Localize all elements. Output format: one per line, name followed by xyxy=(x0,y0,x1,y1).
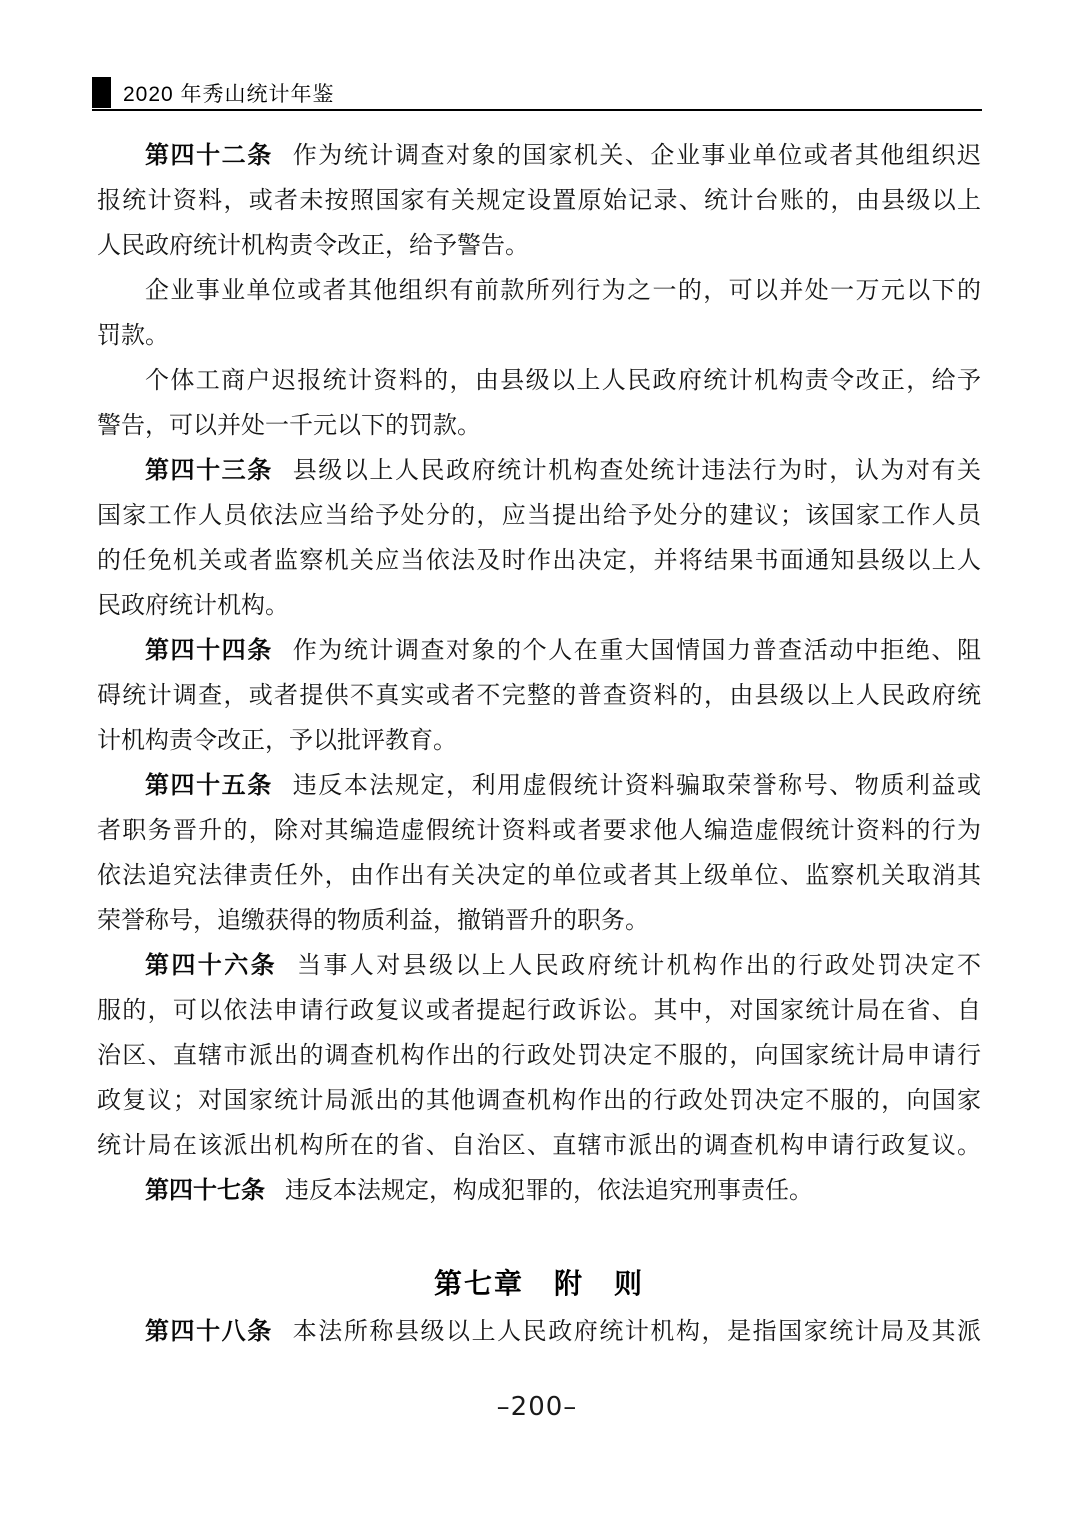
article-number: 第四十二条 xyxy=(145,143,273,169)
article-number: 第四十三条 xyxy=(145,458,273,484)
line-text: 本法所称县级以上人民政府统计机构，是指国家统计局及其派 xyxy=(293,1319,981,1345)
text-line: 民政府统计机构。 xyxy=(97,584,981,629)
header-square-marker xyxy=(92,77,111,108)
article-number: 第四十六条 xyxy=(145,953,277,979)
text-line: 第四十七条违反本法规定，构成犯罪的，依法追究刑事责任。 xyxy=(97,1169,981,1214)
text-line: 人民政府统计机构责令改正，给予警告。 xyxy=(97,224,981,269)
text-line: 第四十四条作为统计调查对象的个人在重大国情国力普查活动中拒绝、阻 xyxy=(97,629,981,674)
header-title: 2020 年秀山统计年鉴 xyxy=(123,78,335,108)
text-line: 的任免机关或者监察机关应当依法及时作出决定，并将结果书面通知县级以上人 xyxy=(97,539,981,584)
article-number: 第四十四条 xyxy=(145,638,273,664)
article-42-paragraph-3: 个体工商户迟报统计资料的，由县级以上人民政府统计机构责令改正，给予 警告，可以并… xyxy=(97,359,981,449)
line-text: 违反本法规定，利用虚假统计资料骗取荣誉称号、物质利益或 xyxy=(293,773,981,799)
page-footer: –200– xyxy=(0,1392,1074,1422)
text-line: 者职务晋升的，除对其编造虚假统计资料或者要求他人编造虚假统计资料的行为 xyxy=(97,809,981,854)
article-42-paragraph-1: 第四十二条作为统计调查对象的国家机关、企业事业单位或者其他组织迟 报统计资料，或… xyxy=(97,134,981,269)
text-line: 罚款。 xyxy=(97,314,981,359)
line-text: 违反本法规定，构成犯罪的，依法追究刑事责任。 xyxy=(285,1178,813,1204)
text-line: 警告，可以并处一千元以下的罚款。 xyxy=(97,404,981,449)
text-line: 国家工作人员依法应当给予处分的，应当提出给予处分的建议；该国家工作人员 xyxy=(97,494,981,539)
text-line: 服的，可以依法申请行政复议或者提起行政诉讼。其中，对国家统计局在省、自 xyxy=(97,989,981,1034)
article-44-paragraph: 第四十四条作为统计调查对象的个人在重大国情国力普查活动中拒绝、阻 碍统计调查，或… xyxy=(97,629,981,764)
line-text: 当事人对县级以上人民政府统计机构作出的行政处罚决定不 xyxy=(297,953,981,979)
article-number: 第四十七条 xyxy=(145,1178,265,1204)
page-header: 2020 年秀山统计年鉴 xyxy=(92,77,335,108)
yearbook-page: 2020 年秀山统计年鉴 第四十二条作为统计调查对象的国家机关、企业事业单位或者… xyxy=(0,0,1074,1520)
text-line: 第四十三条县级以上人民政府统计机构查处统计违法行为时，认为对有关 xyxy=(97,449,981,494)
text-line: 个体工商户迟报统计资料的，由县级以上人民政府统计机构责令改正，给予 xyxy=(97,359,981,404)
text-line: 报统计资料，或者未按照国家有关规定设置原始记录、统计台账的，由县级以上 xyxy=(97,179,981,224)
text-line: 政复议；对国家统计局派出的其他调查机构作出的行政处罚决定不服的，向国家 xyxy=(97,1079,981,1124)
text-line: 第四十六条当事人对县级以上人民政府统计机构作出的行政处罚决定不 xyxy=(97,944,981,989)
document-body: 第四十二条作为统计调查对象的国家机关、企业事业单位或者其他组织迟 报统计资料，或… xyxy=(97,134,981,1355)
line-text: 作为统计调查对象的国家机关、企业事业单位或者其他组织迟 xyxy=(293,143,981,169)
article-43-paragraph: 第四十三条县级以上人民政府统计机构查处统计违法行为时，认为对有关 国家工作人员依… xyxy=(97,449,981,629)
article-number: 第四十八条 xyxy=(145,1319,273,1345)
text-line: 企业事业单位或者其他组织有前款所列行为之一的，可以并处一万元以下的 xyxy=(97,269,981,314)
article-45-paragraph: 第四十五条违反本法规定，利用虚假统计资料骗取荣誉称号、物质利益或 者职务晋升的，… xyxy=(97,764,981,944)
text-line: 第四十二条作为统计调查对象的国家机关、企业事业单位或者其他组织迟 xyxy=(97,134,981,179)
text-line: 荣誉称号，追缴获得的物质利益，撤销晋升的职务。 xyxy=(97,899,981,944)
article-number: 第四十五条 xyxy=(145,773,273,799)
text-line: 治区、直辖市派出的调查机构作出的行政处罚决定不服的，向国家统计局申请行 xyxy=(97,1034,981,1079)
text-line: 计机构责令改正，予以批评教育。 xyxy=(97,719,981,764)
text-line: 第四十八条本法所称县级以上人民政府统计机构，是指国家统计局及其派 xyxy=(97,1310,981,1355)
text-line: 碍统计调查，或者提供不真实或者不完整的普查资料的，由县级以上人民政府统 xyxy=(97,674,981,719)
line-text: 县级以上人民政府统计机构查处统计违法行为时，认为对有关 xyxy=(293,458,981,484)
text-line: 统计局在该派出机构所在的省、自治区、直辖市派出的调查机构申请行政复议。 xyxy=(97,1124,981,1169)
text-line: 依法追究法律责任外，由作出有关决定的单位或者其上级单位、监察机关取消其 xyxy=(97,854,981,899)
article-42-paragraph-2: 企业事业单位或者其他组织有前款所列行为之一的，可以并处一万元以下的 罚款。 xyxy=(97,269,981,359)
text-line: 第四十五条违反本法规定，利用虚假统计资料骗取荣誉称号、物质利益或 xyxy=(97,764,981,809)
article-46-paragraph: 第四十六条当事人对县级以上人民政府统计机构作出的行政处罚决定不 服的，可以依法申… xyxy=(97,944,981,1169)
chapter-heading: 第七章 附 则 xyxy=(97,1264,981,1304)
page-number: –200– xyxy=(497,1392,578,1422)
header-rule xyxy=(92,109,982,111)
line-text: 作为统计调查对象的个人在重大国情国力普查活动中拒绝、阻 xyxy=(293,638,981,664)
article-47-paragraph: 第四十七条违反本法规定，构成犯罪的，依法追究刑事责任。 xyxy=(97,1169,981,1214)
article-48-paragraph: 第四十八条本法所称县级以上人民政府统计机构，是指国家统计局及其派 xyxy=(97,1310,981,1355)
